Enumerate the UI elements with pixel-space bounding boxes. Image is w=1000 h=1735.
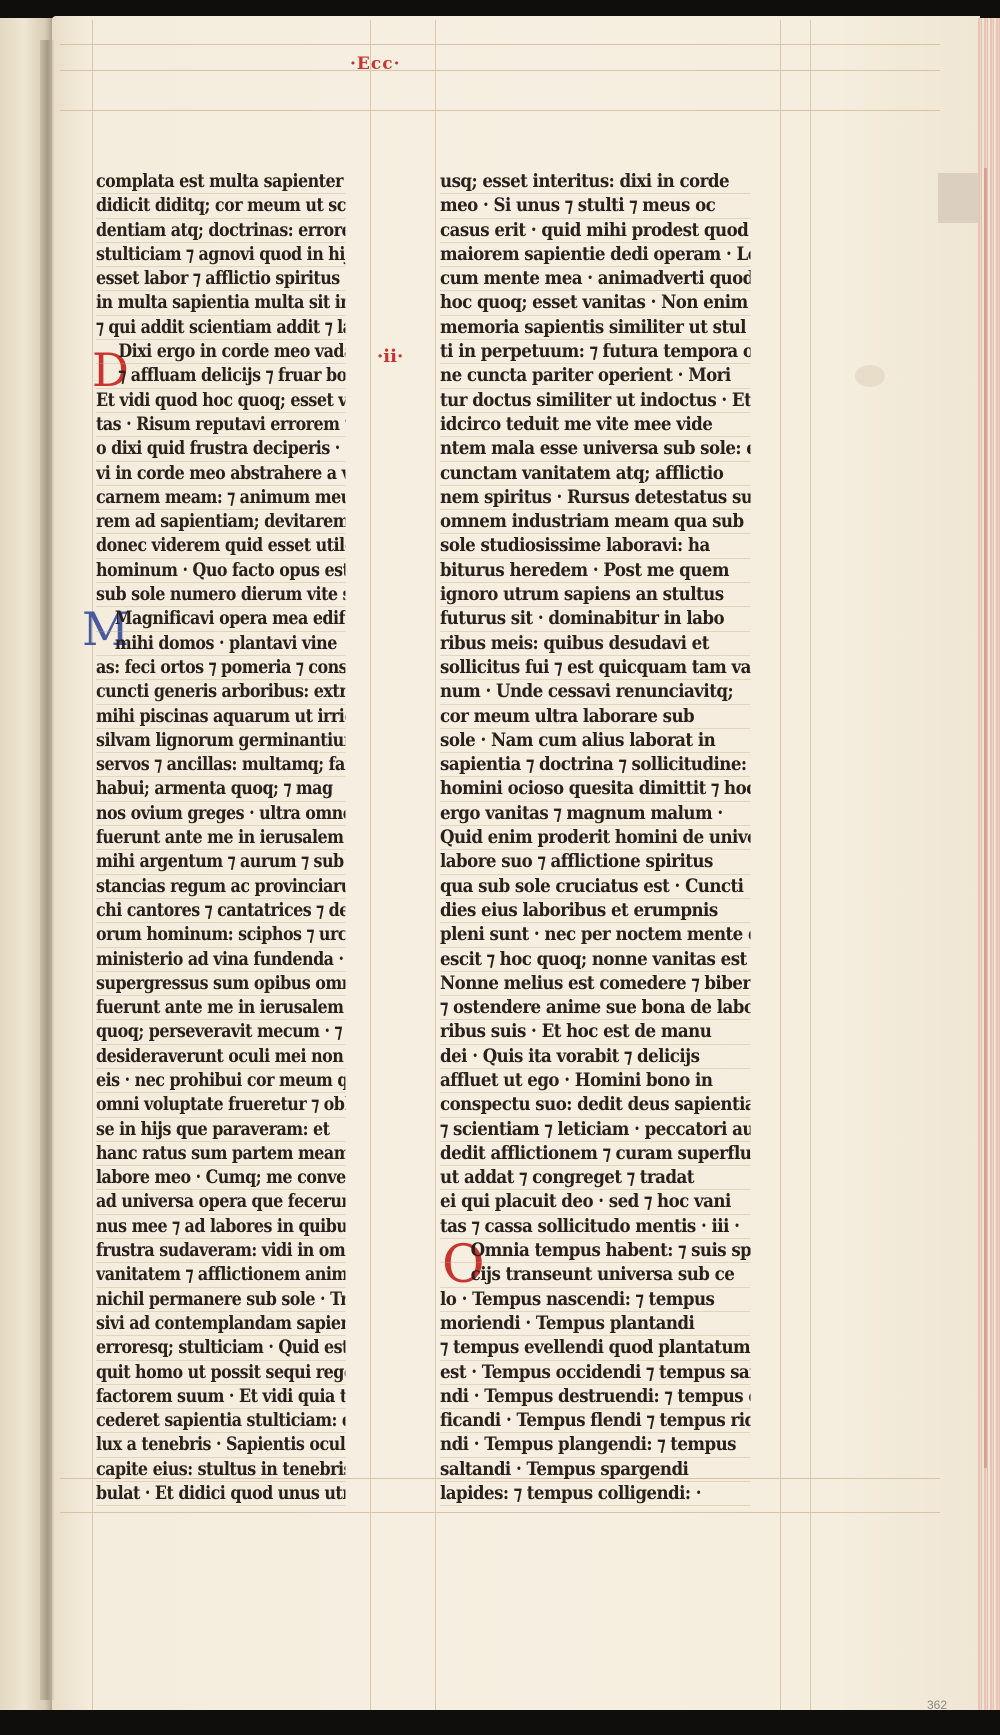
paper-tab-marker bbox=[938, 173, 979, 223]
text-line: ficandi · Tempus flendi ⁊ tempus ride bbox=[440, 1409, 751, 1433]
text-line: sole · Nam cum alius laborat in bbox=[440, 729, 751, 753]
folio-number: 362 bbox=[927, 1698, 947, 1712]
text-line: ergo vanitas ⁊ magnum malum · bbox=[440, 802, 751, 826]
text-line: mihi piscinas aquarum ut irrigarem bbox=[96, 705, 345, 729]
text-line: ⁊ qui addit scientiam addit ⁊ laborem bbox=[96, 316, 345, 340]
text-line: chi cantores ⁊ cantatrices ⁊ delicias fi… bbox=[96, 899, 345, 923]
text-line: tas · Risum reputavi errorem ⁊ gaudi bbox=[96, 413, 345, 437]
text-line: memoria sapientis similiter ut stul bbox=[440, 316, 751, 340]
running-head: ·Ecc· bbox=[350, 54, 401, 74]
text-line: moriendi · Tempus plantandi bbox=[440, 1312, 751, 1336]
text-line: lux a tenebris · Sapientis oculi in bbox=[96, 1433, 345, 1457]
parchment-stain bbox=[855, 365, 885, 387]
text-line: didicit diditq; cor meum ut sciret pru bbox=[96, 194, 345, 218]
text-line: fuerunt ante me in ierusalem · Sapientia bbox=[96, 996, 345, 1020]
text-line: ad universa opera que fecerunt ma bbox=[96, 1190, 345, 1214]
text-line: rem ad sapientiam; devitaremq; stulticia… bbox=[96, 510, 345, 534]
text-line: hoc quoq; esset vanitas · Non enim erit bbox=[440, 291, 751, 315]
text-line: omnem industriam meam qua sub bbox=[440, 510, 751, 534]
text-line: nus mee ⁊ ad labores in quibus bbox=[96, 1215, 345, 1239]
text-line: ⁊ ostendere anime sue bona de labo bbox=[440, 996, 751, 1020]
text-line: labore meo · Cumq; me convertissem bbox=[96, 1166, 345, 1190]
text-line: silvam lignorum germinantium · Possedi bbox=[96, 729, 345, 753]
text-line: stulticiam ⁊ agnovi quod in hijs quoq; bbox=[96, 243, 345, 267]
text-line: futurus sit · dominabitur in labo bbox=[440, 607, 751, 631]
ruling-line bbox=[60, 110, 940, 111]
text-line: cunctam vanitatem atq; afflictio bbox=[440, 462, 751, 486]
ruling-line bbox=[60, 70, 940, 71]
text-line: biturus heredem · Post me quem bbox=[440, 559, 751, 583]
text-line: vi in corde meo abstrahere a vino bbox=[96, 462, 345, 486]
text-line: cuncti generis arboribus: extruxi bbox=[96, 680, 345, 704]
text-line: ntem mala esse universa sub sole: et bbox=[440, 437, 751, 461]
text-line: nem spiritus · Rursus detestatus sum bbox=[440, 486, 751, 510]
text-line: Quid enim proderit homini de universo bbox=[440, 826, 751, 850]
text-line: ndi · Tempus destruendi: ⁊ tempus edi bbox=[440, 1385, 751, 1409]
ruling-line-vertical bbox=[810, 20, 811, 1710]
text-line: sapientia ⁊ doctrina ⁊ sollicitudine: bbox=[440, 753, 751, 777]
text-line: supergressus sum opibus omnes qui bbox=[96, 972, 345, 996]
text-line: as: feci ortos ⁊ pomeria ⁊ consevi ea bbox=[96, 656, 345, 680]
text-line: pleni sunt · nec per noctem mente qui bbox=[440, 923, 751, 947]
text-line: ignoro utrum sapiens an stultus bbox=[440, 583, 751, 607]
text-line: Magnificavi opera mea edificavi bbox=[96, 607, 345, 631]
text-line: sole studiosissime laboravi: ha bbox=[440, 534, 751, 558]
text-line: stancias regum ac provinciarum · Feci mi bbox=[96, 875, 345, 899]
text-line: bulat · Et didici quod unus utri bbox=[96, 1482, 345, 1506]
text-line: usq; esset interitus: dixi in corde bbox=[440, 170, 751, 194]
text-line: mihi argentum ⁊ aurum ⁊ sub bbox=[96, 850, 345, 874]
text-line: desideraverunt oculi mei non negavi bbox=[96, 1045, 345, 1069]
text-line: Et vidi quod hoc quoq; esset vani bbox=[96, 389, 345, 413]
text-line: Nonne melius est comedere ⁊ bibere bbox=[440, 972, 751, 996]
text-line: habui; armenta quoq; ⁊ mag bbox=[96, 777, 345, 801]
text-line: affluet ut ego · Homini bono in bbox=[440, 1069, 751, 1093]
text-line: est · Tempus occidendi ⁊ tempus sana bbox=[440, 1361, 751, 1385]
text-line: saltandi · Tempus spargendi bbox=[440, 1458, 751, 1482]
text-line: qua sub sole cruciatus est · Cuncti bbox=[440, 875, 751, 899]
text-line: cijs transeunt universa sub ce bbox=[440, 1263, 751, 1287]
text-line: hanc ratus sum partem meam si uterer bbox=[96, 1142, 345, 1166]
text-line: ribus suis · Et hoc est de manu bbox=[440, 1020, 751, 1044]
text-line: fuerunt ante me in ierusalem · Coacervav… bbox=[96, 826, 345, 850]
text-line: complata est multa sapienter ⁊ bbox=[96, 170, 345, 194]
text-line: capite eius: stultus in tenebris am bbox=[96, 1458, 345, 1482]
text-line: sollicitus fui ⁊ est quicquam tam va bbox=[440, 656, 751, 680]
text-line: tas ⁊ cassa sollicitudo mentis · iii · bbox=[440, 1215, 751, 1239]
ruling-line bbox=[60, 44, 940, 45]
text-line: sub sole numero dierum vite sue bbox=[96, 583, 345, 607]
text-line: nos ovium greges · ultra omnes qui bbox=[96, 802, 345, 826]
text-line: conspectu suo: dedit deus sapientiam bbox=[440, 1093, 751, 1117]
text-line: omni voluptate frueretur ⁊ oblectaret bbox=[96, 1093, 345, 1117]
ruling-line-vertical bbox=[435, 20, 436, 1710]
text-line: escit ⁊ hoc quoq; nonne vanitas est · bbox=[440, 948, 751, 972]
text-line: nichil permanere sub sole · Tran bbox=[96, 1288, 345, 1312]
text-line: dei · Quis ita vorabit ⁊ delicijs bbox=[440, 1045, 751, 1069]
text-line: Dixi ergo in corde meo vadam ·ii· bbox=[96, 340, 345, 364]
text-line: tur doctus similiter ut indoctus · Et bbox=[440, 389, 751, 413]
text-line: servos ⁊ ancillas: multamq; familiam bbox=[96, 753, 345, 777]
ruling-line-vertical bbox=[92, 20, 93, 1710]
text-line: ndi · Tempus plangendi: ⁊ tempus bbox=[440, 1433, 751, 1457]
text-line: dies eius laboribus et erumpnis bbox=[440, 899, 751, 923]
text-line: ti in perpetuum: ⁊ futura tempora oblivi… bbox=[440, 340, 751, 364]
text-line: sivi ad contemplandam sapientiam: bbox=[96, 1312, 345, 1336]
text-line: erroresq; stulticiam · Quid est in bbox=[96, 1336, 345, 1360]
text-line: meo · Si unus ⁊ stulti ⁊ meus oc bbox=[440, 194, 751, 218]
text-line: lapides: ⁊ tempus colligendi: · bbox=[440, 1482, 751, 1506]
text-line: maiorem sapientie dedi operam · Locutusq… bbox=[440, 243, 751, 267]
text-line: homini ocioso quesita dimittit ⁊ hoc bbox=[440, 777, 751, 801]
text-line: o dixi quid frustra deciperis · Cogita bbox=[96, 437, 345, 461]
text-line: labore suo ⁊ afflictione spiritus bbox=[440, 850, 751, 874]
page-edges bbox=[976, 18, 1000, 1712]
text-line: ⁊ affluam delicijs ⁊ fruar bonis bbox=[96, 364, 345, 388]
text-line: ⁊ tempus evellendi quod plantatum bbox=[440, 1336, 751, 1360]
text-line: num · Unde cessavi renunciavitq; bbox=[440, 680, 751, 704]
text-column-right: usq; esset interitus: dixi in corde meo … bbox=[440, 170, 785, 1506]
text-line: orum hominum: sciphos ⁊ urceos in bbox=[96, 923, 345, 947]
text-line: eis · nec prohibui cor meum quin bbox=[96, 1069, 345, 1093]
text-line: cum mente mea · animadverti quod bbox=[440, 267, 751, 291]
text-line: esset labor ⁊ afflictio spiritus · eo qu… bbox=[96, 267, 345, 291]
text-line: mihi domos · plantavi vine bbox=[96, 632, 345, 656]
text-line: dentiam atq; doctrinas: erroresq; atq; bbox=[96, 219, 345, 243]
background-bottom bbox=[0, 1710, 1000, 1735]
text-line: cor meum ultra laborare sub bbox=[440, 705, 751, 729]
text-line: ei qui placuit deo · sed ⁊ hoc vani bbox=[440, 1190, 751, 1214]
text-line: ribus meis: quibus desudavi et bbox=[440, 632, 751, 656]
text-line: Omnia tempus habent: ⁊ suis spa bbox=[440, 1239, 751, 1263]
text-line: se in hijs que paraveram: et bbox=[96, 1118, 345, 1142]
text-line: in multa sapientia multa sit indignacio bbox=[96, 291, 345, 315]
text-line: vanitatem ⁊ afflictionem animi et bbox=[96, 1263, 345, 1287]
text-line: ne cuncta pariter operient · Mori bbox=[440, 364, 751, 388]
text-line: idcirco teduit me vite mee vide bbox=[440, 413, 751, 437]
text-line: ⁊ scientiam ⁊ leticiam · peccatori autem bbox=[440, 1118, 751, 1142]
text-line: casus erit · quid mihi prodest quod bbox=[440, 219, 751, 243]
text-line: factorem suum · Et vidi quia tantum pre bbox=[96, 1385, 345, 1409]
text-line: carnem meam: ⁊ animum meum transfer bbox=[96, 486, 345, 510]
text-line: lo · Tempus nascendi: ⁊ tempus bbox=[440, 1288, 751, 1312]
text-line: frustra sudaveram: vidi in omnibus bbox=[96, 1239, 345, 1263]
text-line: cederet sapientia stulticiam: quantum di… bbox=[96, 1409, 345, 1433]
text-line: ut addat ⁊ congreget ⁊ tradat bbox=[440, 1166, 751, 1190]
text-line: dedit afflictionem ⁊ curam superfluam bbox=[440, 1142, 751, 1166]
text-line: quit homo ut possit sequi regem bbox=[96, 1361, 345, 1385]
text-line: ministerio ad vina fundenda · et bbox=[96, 948, 345, 972]
ruling-line bbox=[60, 1512, 940, 1513]
text-column-left: complata est multa sapienter ⁊ didicit d… bbox=[96, 170, 386, 1506]
binding-gutter bbox=[40, 40, 54, 1700]
text-line: hominum · Quo facto opus est bbox=[96, 559, 345, 583]
text-line: donec viderem quid esset utile filijs bbox=[96, 534, 345, 558]
text-line: quoq; perseveravit mecum · ⁊ omnia que bbox=[96, 1020, 345, 1044]
